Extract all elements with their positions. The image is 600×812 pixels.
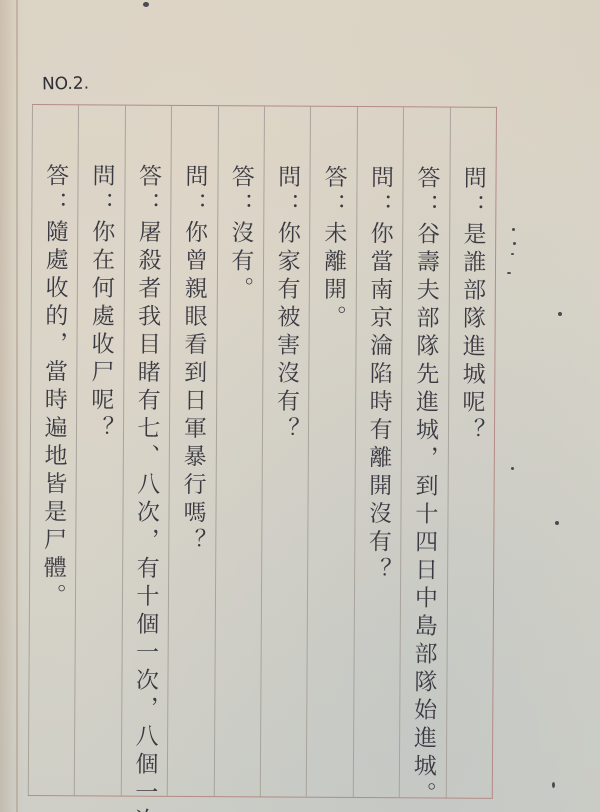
column-9: 問：你在何處收尸呢？ <box>74 105 125 795</box>
paper-speck <box>507 272 511 274</box>
paper-speck <box>511 253 514 255</box>
paper-speck <box>143 2 149 7</box>
question-text: 問：你家有被害沒有？ <box>268 106 302 796</box>
column-7: 問：你曾親眼看到日軍暴行嗎？ <box>167 106 218 796</box>
answer-text: 答：未離開。 <box>315 107 349 797</box>
question-text: 問：你當南京淪陷時有離開沒有？ <box>361 107 395 797</box>
paper-speck <box>552 782 555 788</box>
binding-edge <box>16 0 18 812</box>
document-page: NO.2. 問：是誰部隊進城呢？ 答：谷壽夫部隊先進城，到十四日中島部隊始進城。… <box>0 0 600 812</box>
column-4: 答：未離開。 <box>306 107 357 797</box>
paper-speck <box>512 228 515 231</box>
question-text: 問：你曾親眼看到日軍暴行嗎？ <box>176 106 210 796</box>
paper-speck <box>513 242 516 245</box>
column-3: 問：你當南京淪陷時有離開沒有？ <box>353 107 404 797</box>
column-8: 答：屠殺者我目睹有七、八次，有十個一次，八個一次。 <box>121 106 172 796</box>
column-2: 答：谷壽夫部隊先進城，到十四日中島部隊始進城。 <box>399 107 450 797</box>
paper-speck <box>555 521 559 525</box>
column-1: 問：是誰部隊進城呢？ <box>445 108 496 798</box>
answer-text: 答：谷壽夫部隊先進城，到十四日中島部隊始進城。 <box>408 107 442 797</box>
page-number: NO.2. <box>42 74 89 95</box>
column-10: 答：隨處收的，當時遍地皆是尸體。 <box>29 105 79 795</box>
ruled-column-grid: 問：是誰部隊進城呢？ 答：谷壽夫部隊先進城，到十四日中島部隊始進城。 問：你當南… <box>28 104 497 799</box>
question-text: 問：你在何處收尸呢？ <box>83 105 117 795</box>
question-text: 問：是誰部隊進城呢？ <box>454 108 488 798</box>
answer-text: 答：屠殺者我目睹有七、八次，有十個一次，八個一次。 <box>129 106 163 796</box>
column-6: 答：沒有。 <box>213 106 264 796</box>
column-5: 問：你家有被害沒有？ <box>260 106 311 796</box>
answer-text: 答：沒有。 <box>222 106 256 796</box>
paper-speck <box>511 467 514 470</box>
answer-text: 答：隨處收的，當時遍地皆是尸體。 <box>36 105 70 795</box>
paper-speck <box>558 312 562 316</box>
